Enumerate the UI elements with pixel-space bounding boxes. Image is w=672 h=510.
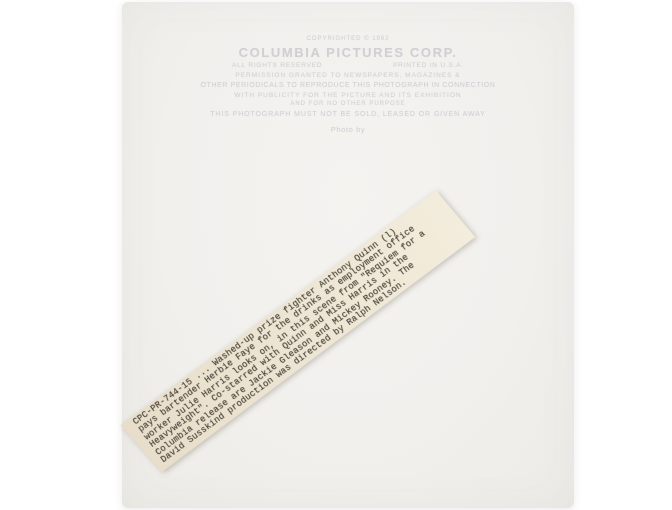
stamp-permission-line-4: AND FOR NO OTHER PURPOSE [122, 101, 574, 107]
caption-line: Heavyweight". Co-starred with Quinn and … [148, 219, 457, 450]
stamp-photo-by-line: Photo by [122, 125, 574, 134]
caption-line: Columbia release are Jackie Gleason and … [154, 226, 463, 457]
caption-line: David Susskind production was directed b… [160, 234, 469, 465]
caption-slip-paper: CPC-PR-744-15 ... Washed-up prize fighte… [119, 188, 477, 476]
caption-line: CPC-PR-744-15 ... Washed-up prize fighte… [132, 196, 441, 427]
caption-line: pays bartender Herbie Faye for the drink… [137, 204, 446, 435]
stamp-not-for-sale-line: THIS PHOTOGRAPH MUST NOT BE SOLD, LEASED… [122, 111, 574, 118]
photo-back-paper: COPYRIGHTED © 1962 COLUMBIA PICTURES COR… [122, 2, 574, 508]
caption-line: worker Julie Harris looks on, in this sc… [143, 211, 452, 442]
stamp-rights-left: ALL RIGHTS RESERVED [232, 62, 322, 69]
stamp-permission-line-2: OTHER PERIODICALS TO REPRODUCE THIS PHOT… [122, 82, 574, 89]
stamp-printed-usa: PRINTED IN U.S.A. [393, 62, 464, 69]
stamp-rights-line: ALL RIGHTS RESERVED PRINTED IN U.S.A. [232, 62, 464, 69]
columbia-copyright-stamp: COPYRIGHTED © 1962 COLUMBIA PICTURES COR… [122, 36, 574, 134]
stamp-permission-line-3: WITH PUBLICITY FOR THE PICTURE AND ITS E… [122, 92, 574, 99]
caption-slip: CPC-PR-744-15 ... Washed-up prize fighte… [119, 188, 477, 476]
stamp-permission-line-1: PERMISSION GRANTED TO NEWSPAPERS, MAGAZI… [122, 72, 574, 79]
stamp-studio-name: COLUMBIA PICTURES CORP. [122, 45, 574, 60]
stamp-copyright-line: COPYRIGHTED © 1962 [122, 36, 574, 42]
